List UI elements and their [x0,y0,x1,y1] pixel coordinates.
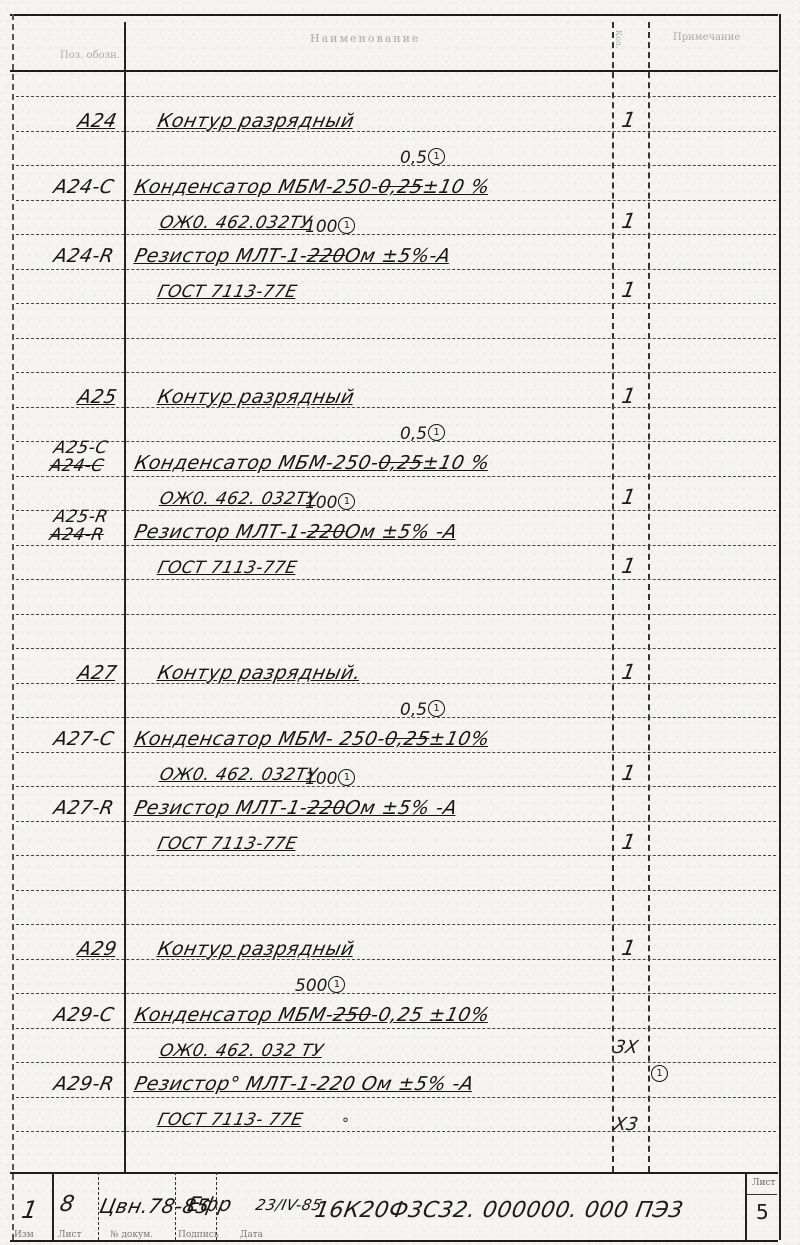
group-title: Контур разрядный [156,938,357,960]
document-code: 16К20Ф3С32. 000000. 000 ПЭ3 [313,1198,686,1223]
revision-mark-icon: 1 [428,424,445,441]
correction-text: 0,5 [400,424,427,444]
element-pos: A24-R [52,245,116,267]
element-value-struck: 220 [305,245,347,267]
group-pos: A27 [76,662,119,684]
correction-text: 0,5 [400,148,427,168]
row-rule [16,234,776,235]
element-name-suffix: Ом ±5% -А [343,521,459,543]
row-rule [16,890,776,891]
element-qty: 3Х [612,1037,639,1058]
element-qty: 1 [620,830,638,854]
row-rule [16,752,776,753]
element-name-text: Резистор МЛТ-1- [133,521,310,543]
element-name-text: Резистор МЛТ-1- [133,797,310,819]
revision-mark-icon: 1 [338,493,355,510]
element-qty: 1 [620,209,638,233]
row-rule [16,407,776,408]
element-pos: A27-R [52,797,116,819]
element-name-suffix: ±10% [427,728,492,750]
group-title: Контур разрядный [156,110,357,132]
title-divider-1 [52,1172,54,1240]
element-name: Резистор МЛТ-1-220Ом ±5% -А [133,521,460,543]
element-value-struck: 250 [331,1004,373,1026]
element-name-suffix: Ом ±5%-А [343,245,453,267]
element-name-suffix: Ом ±5% -А [343,797,459,819]
element-value-struck: 0,25 [376,176,425,198]
element-qty: 1 [620,761,638,785]
row-rule [16,545,776,546]
header-qty: Кол. [614,30,623,49]
row-rule [16,786,776,787]
correction-value: 0,51 [400,424,445,444]
element-name: Резистор° МЛТ-1-220 Ом ±5% -А [133,1073,476,1095]
correction-value: 1001 [305,769,355,789]
col-divider-qty-left [612,22,614,1172]
correction-value: 1001 [305,217,355,237]
row-rule [16,303,776,304]
row-rule [16,200,776,201]
element-name: Конденсатор МБМ- 250-0,25±10% [133,728,492,750]
row-rule [16,96,776,97]
row-rule [16,1131,776,1132]
correction-value: 0,51 [400,148,445,168]
row-rule [16,269,776,270]
element-qty: 1 [620,485,638,509]
sheet-number: 5 [756,1200,769,1224]
row-rule [16,579,776,580]
row-rule [16,959,776,960]
row-rule [16,993,776,994]
revision-mark: 1 [650,1065,668,1085]
revision-mark-icon: 1 [651,1065,668,1082]
group-pos: A29 [76,938,119,960]
correction-value: 0,51 [400,700,445,720]
element-name-suffix: ±10 % [420,452,491,474]
stray-mark: ° [342,1116,349,1132]
row-rule [16,648,776,649]
header-name: Наименование [310,32,420,45]
element-value-struck: 220 [305,797,347,819]
correction-value: 1001 [305,493,355,513]
footer-label-date: Дата [240,1230,263,1240]
document-sheet: Поз. обозн. Наименование Кол. Примечание… [0,0,800,1245]
element-spec: ОЖ0. 462. 032 ТУ [158,1041,325,1061]
correction-text: 100 [305,769,337,789]
group-pos: A24 [76,110,119,132]
element-name-suffix: ±10 % [420,176,491,198]
row-rule [16,476,776,477]
element-spec: ОЖ0. 462. 032ТУ [158,765,320,785]
element-spec: ГОСТ 7113-77Е [156,834,299,854]
row-rule [16,683,776,684]
footer-label-izm: Изм [14,1230,34,1240]
footer-signature: Ефр [185,1192,234,1216]
row-rule [16,717,776,718]
row-rule [16,510,776,511]
correction-text: 100 [305,217,337,237]
correction-text: 100 [305,493,337,513]
element-value-struck: 0,25 [383,728,432,750]
row-rule [16,338,776,339]
element-pos: A27-C [52,728,116,750]
footer-sheet-field: 8 [58,1192,76,1217]
element-pos-struck: A24-C [48,456,106,476]
element-spec: ГОСТ 7113- 77Е [156,1110,305,1130]
row-rule [16,131,776,132]
element-pos: A29-R [52,1073,116,1095]
revision-mark-icon: 1 [428,148,445,165]
element-spec: ОЖ0. 462.032ТУ [158,213,314,233]
col-divider-qty-right [648,22,650,1172]
element-name-text: Конденсатор МБМ-250- [133,176,381,198]
header-pos: Поз. обозн. [60,50,120,61]
element-name: Конденсатор МБМ-250-0,25±10 % [133,452,492,474]
element-name-text: Резистор° МЛТ-1-220 Ом ±5% -А [133,1073,476,1095]
element-name-text: Конденсатор МБМ- [133,1004,336,1026]
revision-mark-icon: 1 [328,976,345,993]
group-qty: 1 [620,108,638,132]
element-qty: 1 [620,278,638,302]
element-qty: Х3 [612,1114,639,1135]
element-name-suffix: -0,25 ±10% [369,1004,492,1026]
element-spec: ГОСТ 7113-77Е [156,558,299,578]
footer-label-list: Лист [58,1230,82,1240]
element-spec: ГОСТ 7113-77Е [156,282,299,302]
group-title: Контур разрядный [156,386,357,408]
footer-date: 23/IV-85 [254,1196,324,1214]
right-border [779,14,781,1240]
element-name: Резистор МЛТ-1-220Ом ±5%-А [133,245,453,267]
element-name: Резистор МЛТ-1-220Ом ±5% -А [133,797,460,819]
element-qty: 1 [620,554,638,578]
row-rule [16,1028,776,1029]
title-block-top-border [10,1172,778,1174]
bottom-border [10,1240,778,1242]
element-pos-struck: A24-R [48,525,106,545]
element-pos: A29-C [52,1004,116,1026]
element-name-text: Конденсатор МБМ- 250- [133,728,388,750]
footer-label-doc: № докум. [110,1230,153,1240]
group-qty: 1 [620,660,638,684]
element-value-struck: 220 [305,521,347,543]
revision-mark-icon: 1 [338,769,355,786]
row-rule [16,924,776,925]
sheet-label-line [747,1194,777,1195]
element-name-text: Конденсатор МБМ-250- [133,452,381,474]
element-spec: ОЖ0. 462. 032ТУ [158,489,320,509]
footer-label-sign: Подпись [178,1230,219,1240]
row-rule [16,1062,776,1063]
title-divider-sheet [745,1172,747,1240]
col-divider-pos [124,22,126,1172]
group-qty: 1 [620,384,638,408]
element-name-text: Резистор МЛТ-1- [133,245,310,267]
row-rule [16,614,776,615]
row-rule [16,855,776,856]
correction-text: 500 [295,976,327,996]
element-name: Конденсатор МБМ-250-0,25±10 % [133,176,492,198]
top-border [10,14,778,16]
revision-mark-icon: 1 [428,700,445,717]
group-title: Контур разрядный. [156,662,363,684]
row-rule [16,441,776,442]
element-name: Конденсатор МБМ-250-0,25 ±10% [133,1004,492,1026]
left-border [12,14,14,1240]
group-qty: 1 [620,936,638,960]
sheet-label: Лист [752,1178,776,1188]
footer-change-no: 1 [20,1196,40,1224]
row-rule [16,821,776,822]
element-pos: A24-C [52,176,116,198]
row-rule [16,165,776,166]
correction-text: 0,5 [400,700,427,720]
group-pos: A25 [76,386,119,408]
correction-value: 5001 [295,976,345,996]
row-rule [16,1097,776,1098]
header-note: Примечание [673,32,740,43]
element-value-struck: 0,25 [376,452,425,474]
row-rule [16,372,776,373]
revision-mark-icon: 1 [338,217,355,234]
